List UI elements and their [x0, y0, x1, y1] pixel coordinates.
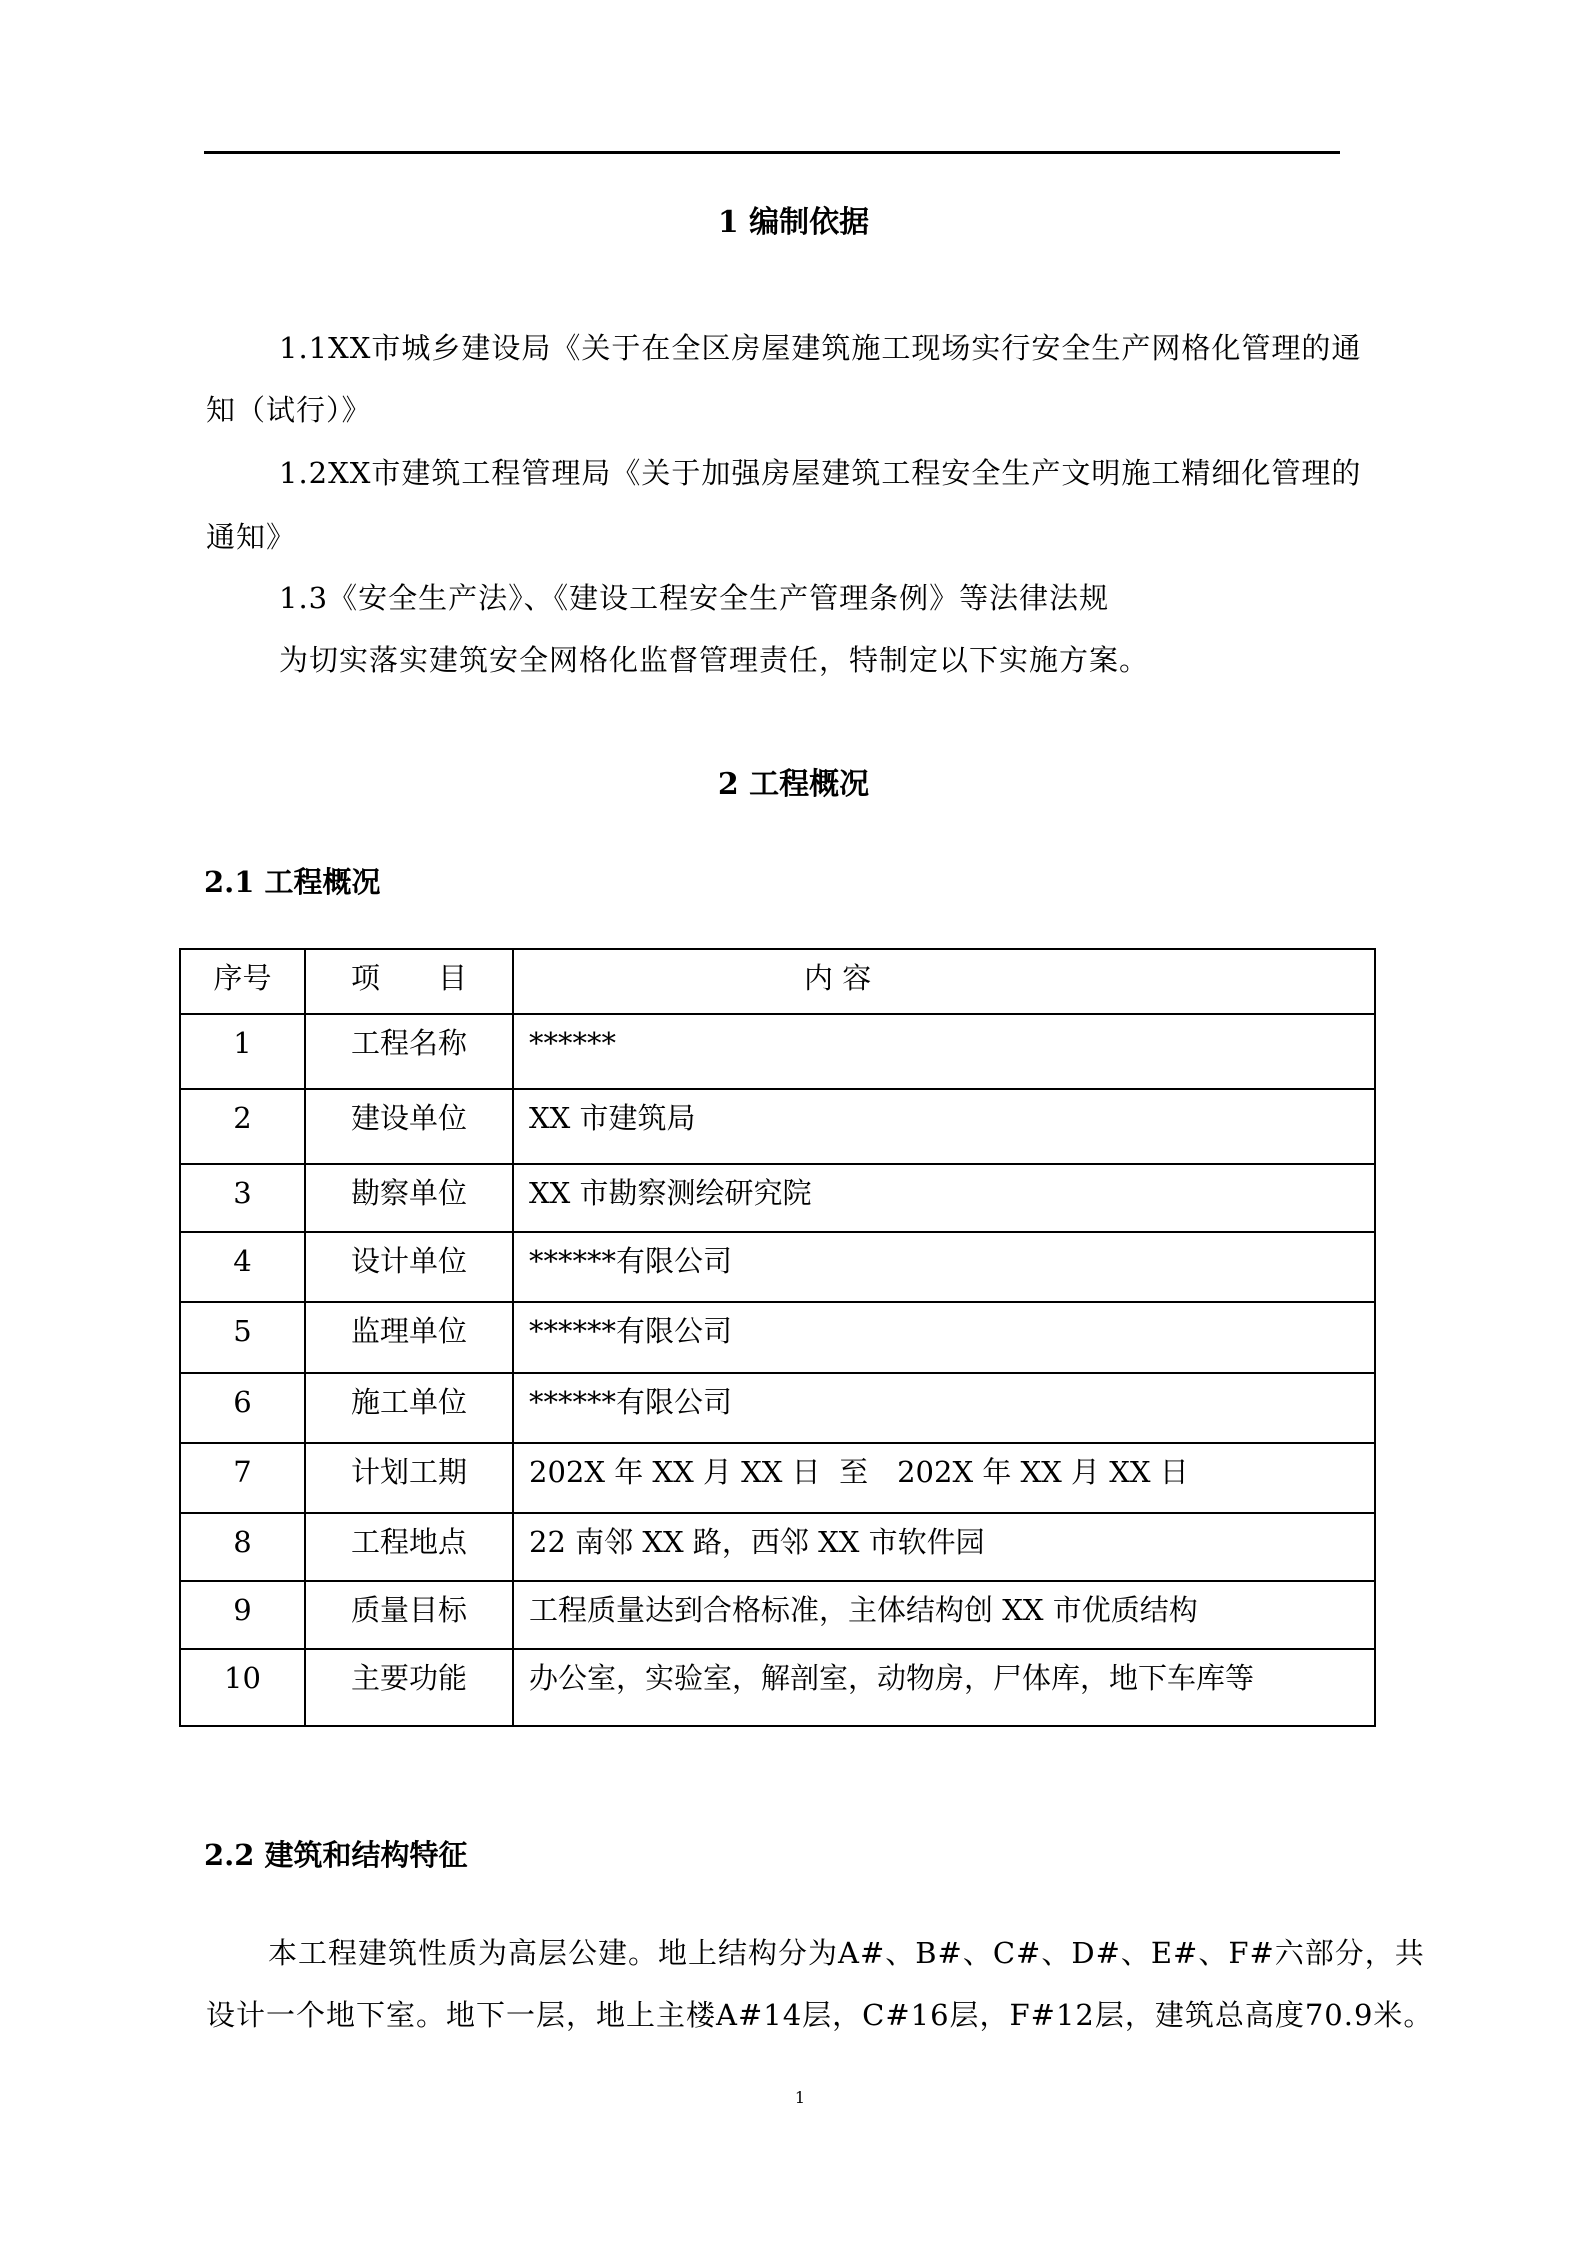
table-row: 6 施工单位 ******有限公司	[180, 1373, 1375, 1443]
row-content: ******有限公司	[529, 1303, 1374, 1351]
row-item: 监理单位	[306, 1303, 512, 1351]
table-row: 2 建设单位 XX 市建筑局	[180, 1089, 1375, 1164]
basis-conclusion: 为切实落实建筑安全网格化监督管理责任，特制定以下实施方案。	[279, 640, 1149, 680]
table-header-row: 序号 项 目 内 容	[180, 949, 1375, 1014]
basis-item-1-line-2: 知（试行）》	[206, 390, 372, 430]
header-index: 序号	[180, 949, 305, 1014]
section-2-heading: 2 工程概况	[0, 765, 1587, 805]
row-item: 工程名称	[306, 1015, 512, 1063]
row-content: 工程质量达到合格标准，主体结构创 XX 市优质结构	[529, 1582, 1374, 1630]
section-1-heading: 1 编制依据	[0, 203, 1587, 243]
row-item: 计划工期	[306, 1444, 512, 1492]
header-content-char-1: 内	[804, 961, 833, 995]
row-index: 5	[181, 1303, 304, 1351]
row-index: 7	[181, 1444, 304, 1492]
row-item: 主要功能	[306, 1650, 512, 1698]
basis-item-3: 1.3《安全生产法》、《建设工程安全生产管理条例》等法律法规	[279, 578, 1109, 618]
row-content: 202X 年 XX 月 XX 日 至 202X 年 XX 月 XX 日	[529, 1444, 1374, 1492]
project-overview-table: 序号 项 目 内 容 1 工程名称 ****** 2 建设单位 XX 市建筑局 …	[179, 948, 1376, 1727]
row-index: 1	[181, 1015, 304, 1063]
table-row: 4 设计单位 ******有限公司	[180, 1232, 1375, 1302]
row-item: 建设单位	[306, 1090, 512, 1138]
row-content: ******	[529, 1015, 1374, 1063]
header-content: 内 容	[513, 949, 1375, 1014]
row-index: 8	[181, 1514, 304, 1562]
row-index: 6	[181, 1374, 304, 1422]
header-content-char-2: 容	[842, 961, 871, 995]
header-item: 项 目	[305, 949, 513, 1014]
subsection-2-2-heading: 2.2 建筑和结构特征	[204, 1835, 468, 1875]
basis-item-2-line-1: 1.2XX市建筑工程管理局《关于加强房屋建筑工程安全生产文明施工精细化管理的	[279, 453, 1361, 493]
row-content: ******有限公司	[529, 1374, 1374, 1422]
row-index: 2	[181, 1090, 304, 1138]
row-item: 质量目标	[306, 1582, 512, 1630]
row-item: 勘察单位	[306, 1165, 512, 1213]
row-content: XX 市建筑局	[529, 1090, 1374, 1138]
table-row: 3 勘察单位 XX 市勘察测绘研究院	[180, 1164, 1375, 1232]
basis-item-1-line-1: 1.1XX市城乡建设局《关于在全区房屋建筑施工现场实行安全生产网格化管理的通	[279, 328, 1361, 368]
header-rule	[204, 151, 1340, 154]
row-item: 工程地点	[306, 1514, 512, 1562]
row-content: 22 南邻 XX 路，西邻 XX 市软件园	[529, 1514, 1374, 1562]
table-row: 7 计划工期 202X 年 XX 月 XX 日 至 202X 年 XX 月 XX…	[180, 1443, 1375, 1513]
row-index: 3	[181, 1165, 304, 1213]
table-row: 8 工程地点 22 南邻 XX 路，西邻 XX 市软件园	[180, 1513, 1375, 1581]
table-row: 10 主要功能 办公室，实验室，解剖室，动物房，尸体库，地下车库等	[180, 1649, 1375, 1726]
row-content: ******有限公司	[529, 1233, 1374, 1281]
table-row: 5 监理单位 ******有限公司	[180, 1302, 1375, 1373]
row-item: 施工单位	[306, 1374, 512, 1422]
basis-item-2-line-2: 通知》	[206, 517, 296, 557]
row-index: 10	[181, 1650, 304, 1698]
row-index: 4	[181, 1233, 304, 1281]
table-row: 9 质量目标 工程质量达到合格标准，主体结构创 XX 市优质结构	[180, 1581, 1375, 1649]
table-row: 1 工程名称 ******	[180, 1014, 1375, 1089]
structure-paragraph-line-2: 设计一个地下室。地下一层，地上主楼A#14层，C#16层，F#12层，建筑总高度…	[206, 1995, 1433, 2035]
subsection-2-1-heading: 2.1 工程概况	[204, 862, 381, 902]
row-index: 9	[181, 1582, 304, 1630]
structure-paragraph-line-1: 本工程建筑性质为高层公建。地上结构分为A#、B#、C#、D#、E#、F#六部分，…	[268, 1933, 1425, 1973]
row-content: XX 市勘察测绘研究院	[529, 1165, 1374, 1213]
page-number: 1	[0, 2088, 1587, 2107]
row-item: 设计单位	[306, 1233, 512, 1281]
row-content: 办公室，实验室，解剖室，动物房，尸体库，地下车库等	[529, 1650, 1374, 1698]
